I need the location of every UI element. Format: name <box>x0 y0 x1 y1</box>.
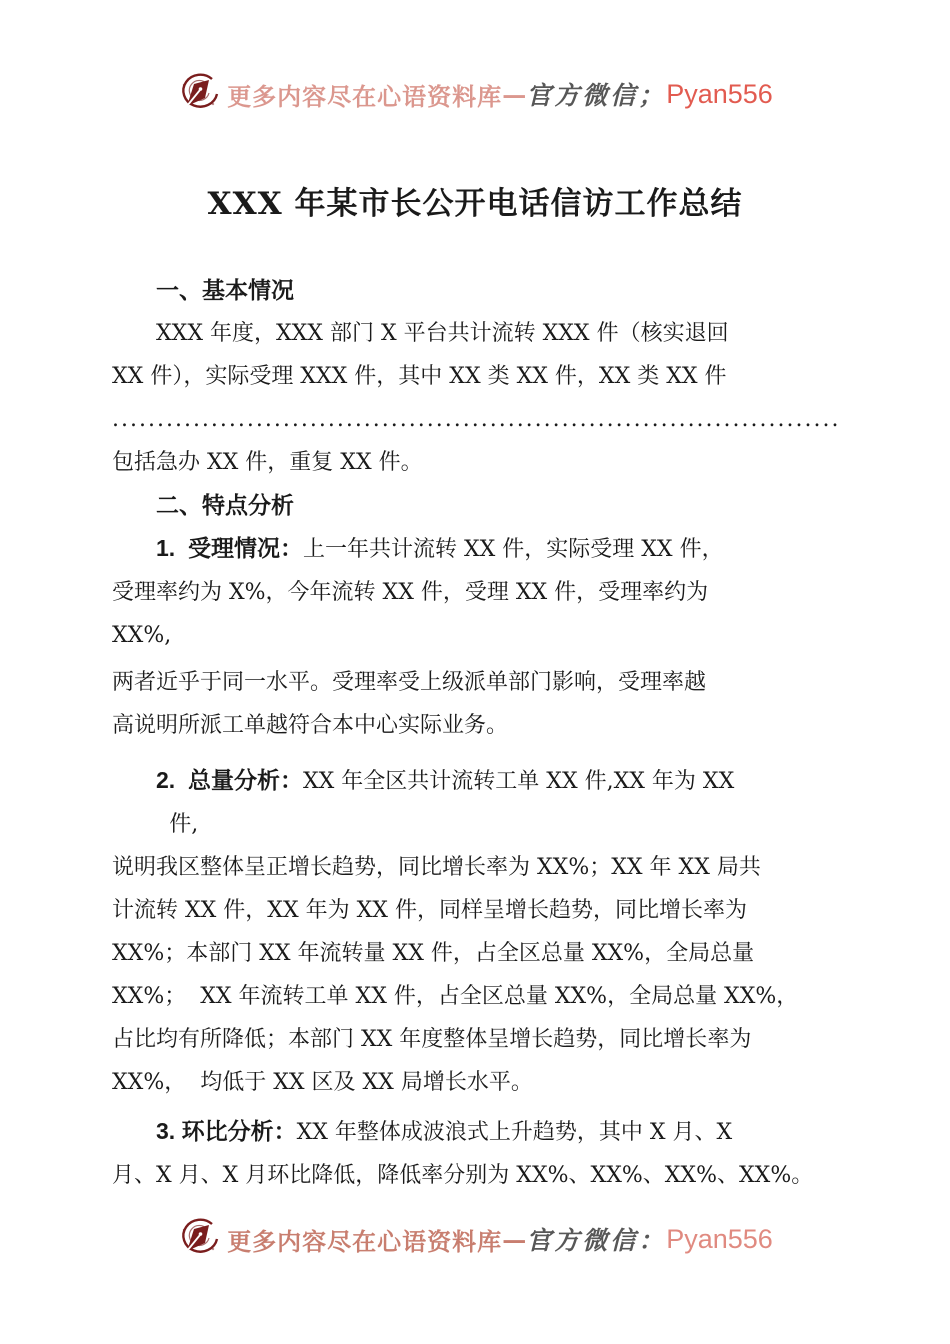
line-text: 月、X 月、X 月环比降低，降低率分别为 XX%、XX%、XX%、XX%。 <box>112 1163 813 1188</box>
document-body: 一、基本情况XXX 年度，XXX 部门 X 平台共计流转 XXX 件（核实退回X… <box>112 269 838 1197</box>
text-line: 两者近乎于同一水平。受理率受上级派单部门影响，受理率越 <box>112 661 838 704</box>
pen-swirl-logo-icon <box>177 71 221 117</box>
text-line: 2. 总量分析：XX 年全区共计流转工单 XX 件,XX 年为 XX <box>112 759 838 803</box>
line-text: XX 年全区共计流转工单 XX 件,XX 年为 XX <box>303 769 734 794</box>
section-heading: 二、特点分析 <box>112 484 838 527</box>
line-text: 件, <box>169 812 198 837</box>
text-line: ........................................… <box>112 398 838 441</box>
banner-wechat-id: Pyan556 <box>666 79 773 110</box>
watermark-banner-bottom: 更多内容尽在心语资料库—官方微信：Pyan556 <box>0 1213 950 1265</box>
banner-wechat-label: 官方微信： <box>526 1221 666 1257</box>
text-line: XX%；本部门 XX 年流转量 XX 件，占全区总量 XX%，全局总量 <box>112 932 838 975</box>
banner-dash: — <box>502 80 526 109</box>
section-heading: 一、基本情况 <box>112 269 838 312</box>
pen-swirl-logo-icon <box>177 1216 221 1262</box>
text-line: 计流转 XX 件，XX 年为 XX 件，同样呈增长趋势，同比增长率为 <box>112 889 838 932</box>
line-text: XX%； XX 年流转工单 XX 件，占全区总量 XX%，全局总量 XX%， <box>112 984 798 1009</box>
line-text: 受理率约为 X%，今年流转 XX 件，受理 XX 件，受理率约为 <box>112 580 708 605</box>
item-label: 2. 总量分析： <box>156 767 303 793</box>
line-text: XX 年整体成波浪式上升趋势，其中 X 月、X <box>297 1120 733 1145</box>
line-text: ........................................… <box>112 407 838 432</box>
text-line: 1. 受理情况：上一年共计流转 XX 件，实际受理 XX 件， <box>112 527 838 571</box>
line-text: 占比均有所降低；本部门 XX 年度整体呈增长趋势，同比增长率为 <box>112 1027 751 1052</box>
line-text: XX%；本部门 XX 年流转量 XX 件，占全区总量 XX%，全局总量 <box>112 941 754 966</box>
document-title: XXX 年某市长公开电话信访工作总结 <box>0 178 950 223</box>
line-text: 高说明所派工单越符合本中心实际业务。 <box>112 713 508 738</box>
text-line: XX%, <box>112 614 838 657</box>
banner-wechat-id: Pyan556 <box>666 1224 773 1255</box>
text-line: XX 件），实际受理 XXX 件，其中 XX 类 XX 件，XX 类 XX 件 <box>112 355 838 398</box>
line-text: XXX 年度，XXX 部门 X 平台共计流转 XXX 件（核实退回 <box>156 321 729 346</box>
text-line: 受理率约为 X%，今年流转 XX 件，受理 XX 件，受理率约为 <box>112 571 838 614</box>
line-text: 上一年共计流转 XX 件，实际受理 XX 件， <box>303 537 724 562</box>
line-text: XX%, <box>112 623 171 648</box>
text-line: XX%； XX 年流转工单 XX 件，占全区总量 XX%，全局总量 XX%， <box>112 975 838 1018</box>
text-line: 占比均有所降低；本部门 XX 年度整体呈增长趋势，同比增长率为 <box>112 1018 838 1061</box>
text-line: 包括急办 XX 件，重复 XX 件。 <box>112 441 838 484</box>
item-label: 3. 环比分析： <box>156 1118 297 1144</box>
item-label: 1. 受理情况： <box>156 535 303 561</box>
line-text: 一、基本情况 <box>156 277 294 303</box>
line-text: 二、特点分析 <box>156 492 294 518</box>
banner-wechat-label: 官方微信； <box>526 76 666 112</box>
line-text: 计流转 XX 件，XX 年为 XX 件，同样呈增长趋势，同比增长率为 <box>112 898 747 923</box>
text-line: 3. 环比分析：XX 年整体成波浪式上升趋势，其中 X 月、X <box>112 1110 838 1154</box>
line-text: XX%， 均低于 XX 区及 XX 局增长水平。 <box>112 1070 533 1095</box>
text-line: XXX 年度，XXX 部门 X 平台共计流转 XXX 件（核实退回 <box>112 312 838 355</box>
document-page: 更多内容尽在心语资料库—官方微信；Pyan556 XXX 年某市长公开电话信访工… <box>0 0 950 1344</box>
banner-dash: — <box>502 1225 526 1254</box>
line-text: XX 件），实际受理 XXX 件，其中 XX 类 XX 件，XX 类 XX 件 <box>112 364 727 389</box>
text-line: 高说明所派工单越符合本中心实际业务。 <box>112 704 838 747</box>
text-line: 说明我区整体呈正增长趋势，同比增长率为 XX%；XX 年 XX 局共 <box>112 846 838 889</box>
line-text: 两者近乎于同一水平。受理率受上级派单部门影响，受理率越 <box>112 670 706 695</box>
text-line: XX%， 均低于 XX 区及 XX 局增长水平。 <box>112 1061 838 1104</box>
text-line: 件, <box>112 803 838 846</box>
line-text: 包括急办 XX 件，重复 XX 件。 <box>112 450 423 475</box>
text-line: 月、X 月、X 月环比降低，降低率分别为 XX%、XX%、XX%、XX%。 <box>112 1154 838 1197</box>
line-text: 说明我区整体呈正增长趋势，同比增长率为 XX%；XX 年 XX 局共 <box>112 855 761 880</box>
banner-brand-text: 更多内容尽在心语资料库 <box>227 77 502 112</box>
banner-brand-text: 更多内容尽在心语资料库 <box>227 1222 502 1257</box>
watermark-banner-top: 更多内容尽在心语资料库—官方微信；Pyan556 <box>0 0 950 120</box>
